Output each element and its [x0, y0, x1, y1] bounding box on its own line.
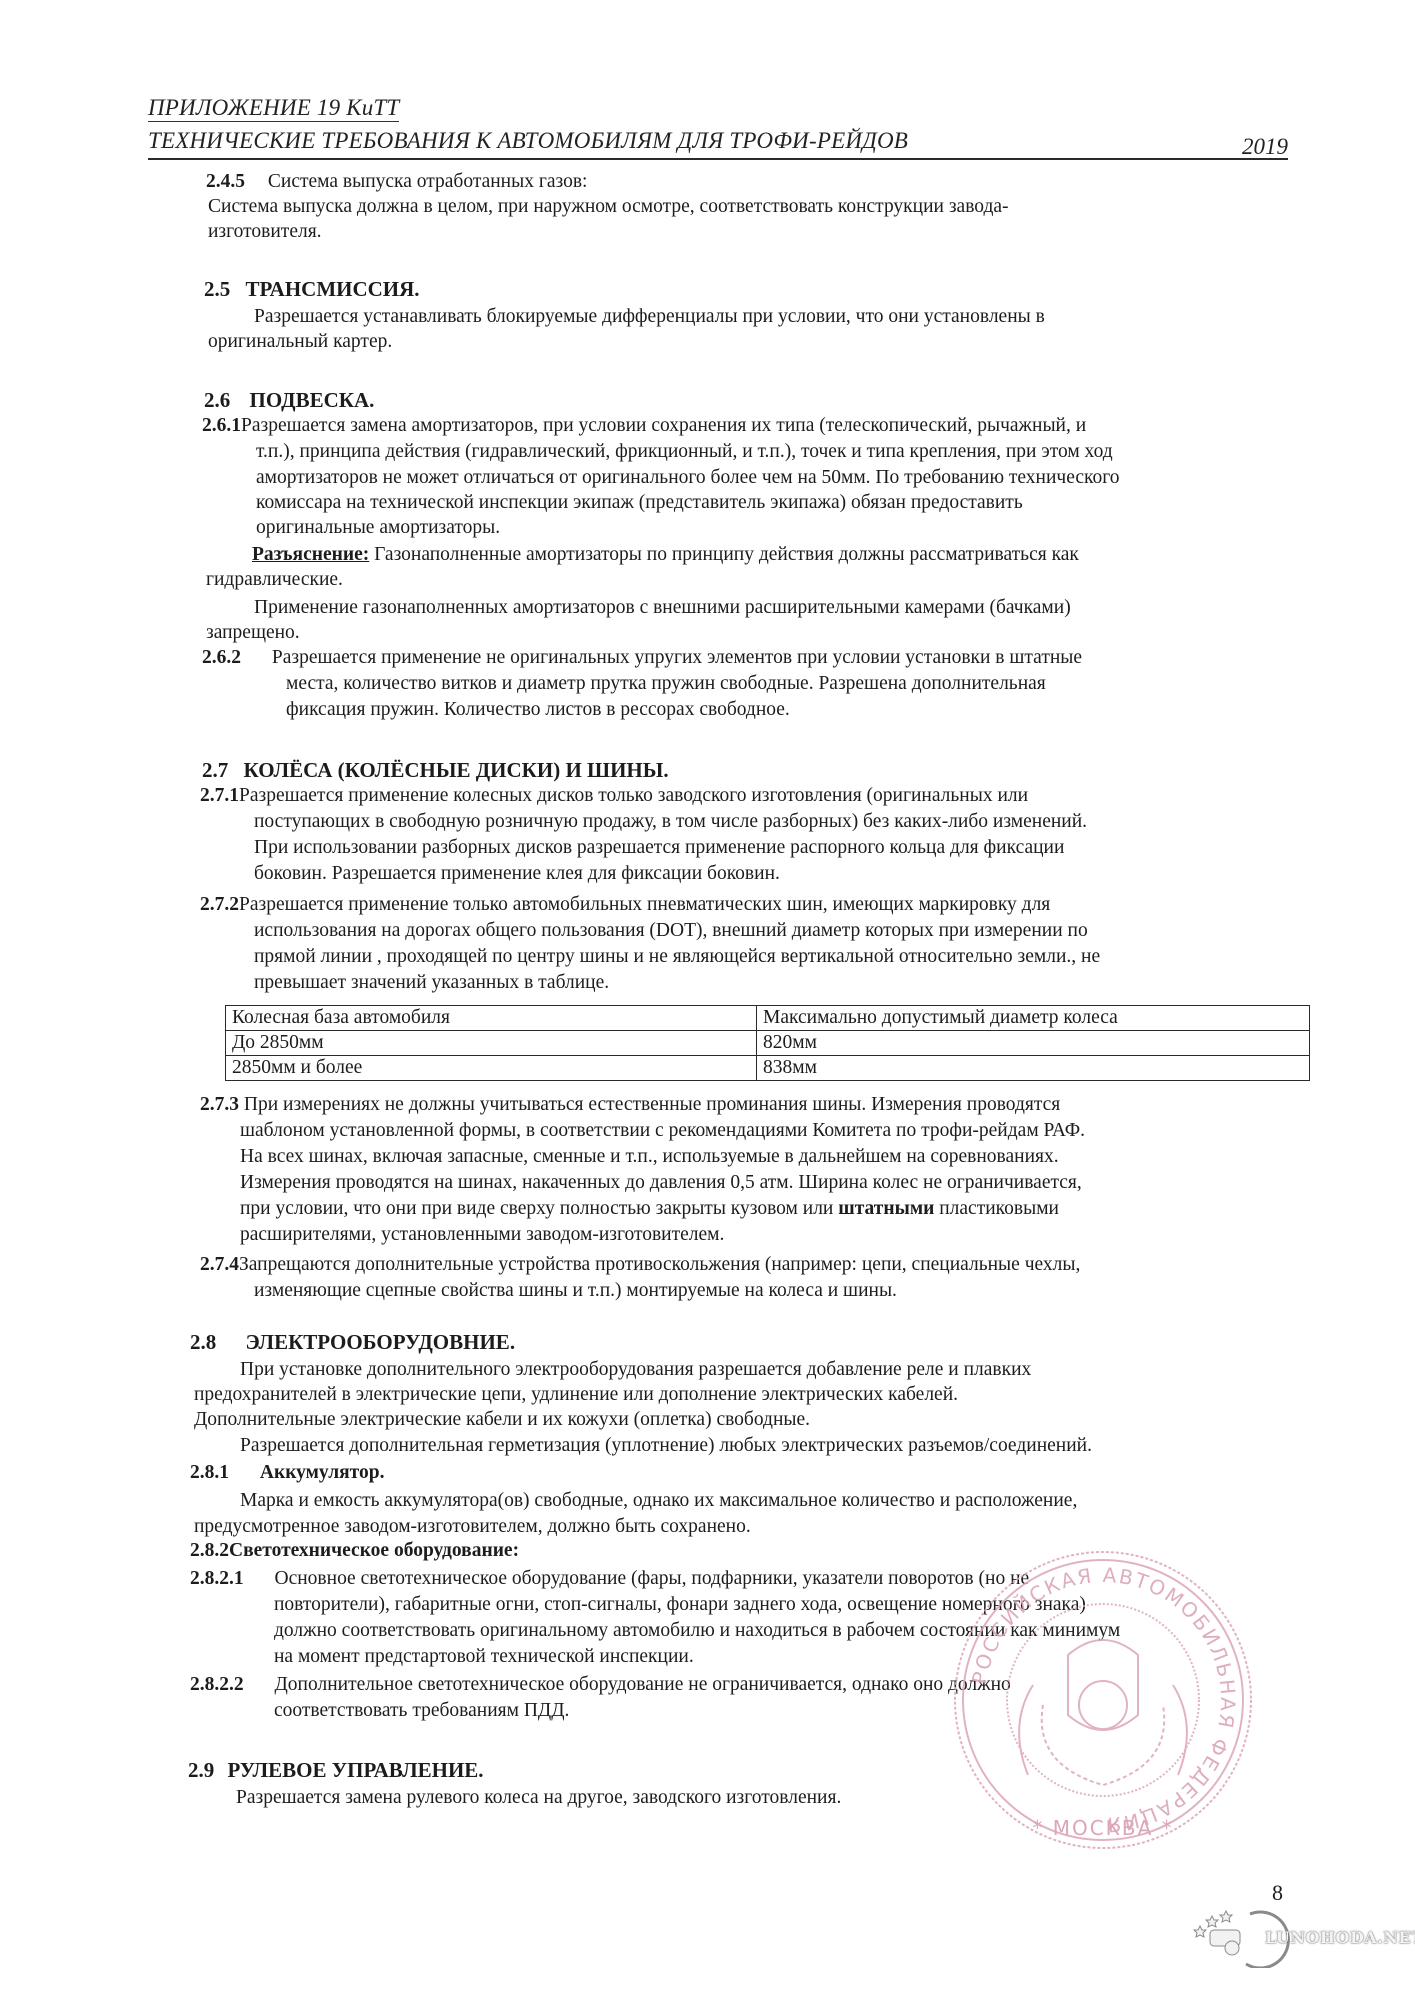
paragraph: Применение газонаполненных амортизаторов… [254, 596, 1071, 620]
paragraph: расширителями, установленными заводом-из… [240, 1223, 724, 1247]
section-number: 2.8.2.1 [190, 1568, 244, 1589]
paragraph: Основное светотехническое оборудование (… [275, 1568, 1030, 1589]
section-2-8-2-heading: 2.8.2Светотехническое оборудование: [190, 1539, 519, 1563]
section-2-7-3: 2.7.3 При измерениях не должны учитывать… [200, 1093, 1060, 1117]
clarification: Разъяснение: Газонаполненные амортизатор… [252, 543, 1079, 567]
paragraph: фиксация пружин. Количество листов в рес… [286, 698, 790, 722]
paragraph: Газонаполненные амортизаторы по принципу… [369, 544, 1079, 565]
table-cell: 2850мм и более [226, 1056, 757, 1081]
paragraph: амортизаторов не может отличаться от ори… [256, 466, 1120, 490]
paragraph: При установке дополнительного электрообо… [240, 1358, 1031, 1382]
section-number: 2.7.3 [200, 1094, 239, 1115]
section-title: КОЛЁСА (КОЛЁСНЫЕ ДИСКИ) И ШИНЫ. [244, 758, 669, 782]
paragraph: прямой линии , проходящей по центру шины… [254, 945, 1100, 969]
section-2-6-1: 2.6.1Разрешается замена амортизаторов, п… [202, 414, 1086, 438]
official-stamp-icon: РОССИЙСКАЯ АВТОМОБИЛЬНАЯ ФЕДЕРАЦИЯ * МОС… [948, 1545, 1258, 1855]
section-number: 2.6.1 [202, 415, 241, 436]
section-number: 2.7.4 [200, 1254, 239, 1275]
paragraph: боковин. Разрешается применение клея для… [254, 862, 780, 886]
paragraph: Разрешается замена рулевого колеса на др… [236, 1786, 841, 1810]
paragraph: изменяющие сцепные свойства шины и т.п.)… [254, 1279, 897, 1303]
section-number: 2.7 [202, 758, 228, 782]
header-year: 2019 [1242, 134, 1288, 160]
section-number: 2.6.2 [202, 647, 241, 668]
section-2-8-2-1: 2.8.2.1 Основное светотехническое оборуд… [190, 1567, 1029, 1591]
paragraph: запрещено. [206, 621, 300, 645]
document-page: ПРИЛОЖЕНИЕ 19 КиТТ ТЕХНИЧЕСКИЕ ТРЕБОВАНИ… [0, 0, 1415, 2000]
section-2-7-4: 2.7.4Запрещаются дополнительные устройст… [200, 1253, 1080, 1277]
paragraph: места, количество витков и диаметр прутк… [286, 672, 1046, 696]
paragraph: на момент предстартовой технической инсп… [274, 1645, 694, 1669]
section-2-8-2-2: 2.8.2.2 Дополнительное светотехническое … [190, 1673, 1011, 1697]
section-number: 2.7.1 [200, 785, 239, 806]
paragraph: комиссара на технической инспекции экипа… [256, 491, 1023, 515]
page-header: ПРИЛОЖЕНИЕ 19 КиТТ ТЕХНИЧЕСКИЕ ТРЕБОВАНИ… [148, 95, 1288, 160]
section-number: 2.9 [188, 1758, 214, 1782]
paragraph: т.п.), принципа действия (гидравлический… [256, 440, 1113, 464]
text: при условии, что они при виде сверху пол… [240, 1198, 838, 1219]
paragraph: Разрешается применение не оригинальных у… [272, 647, 1082, 668]
table-header-cell: Колесная база автомобиля [226, 1006, 757, 1031]
section-title: ПОДВЕСКА. [250, 388, 375, 412]
paragraph: Запрещаются дополнительные устройства пр… [239, 1254, 1080, 1275]
paragraph: Измерения проводятся на шинах, накаченны… [240, 1171, 1082, 1195]
section-number: 2.4.5 [206, 171, 245, 192]
table-header-row: Колесная база автомобиля Максимально доп… [226, 1006, 1310, 1031]
section-2-6-2: 2.6.2 Разрешается применение не оригинал… [202, 646, 1082, 670]
section-number: 2.7.2 [200, 894, 239, 915]
section-title: РУЛЕВОЕ УПРАВЛЕНИЕ. [228, 1758, 484, 1782]
header-appendix: ПРИЛОЖЕНИЕ 19 КиТТ [148, 95, 399, 122]
paragraph: оригинальные амортизаторы. [256, 516, 500, 540]
section-title: Светотехническое оборудование: [229, 1540, 519, 1561]
table-cell: 820мм [757, 1031, 1310, 1056]
paragraph: превышает значений указанных в таблице. [254, 971, 609, 995]
paragraph: шаблоном установленной формы, в соответс… [240, 1119, 1085, 1143]
paragraph: Разрешается устанавливать блокируемые ди… [254, 305, 1045, 329]
paragraph: Разрешается дополнительная герметизация … [240, 1434, 1092, 1458]
section-2-4-5-heading: 2.4.5 Система выпуска отработанных газов… [206, 170, 587, 194]
section-2-8-1-heading: 2.8.1 Аккумулятор. [190, 1461, 384, 1485]
paragraph: должно соответствовать оригинальному авт… [274, 1619, 1120, 1643]
section-2-7-1: 2.7.1Разрешается применение колесных дис… [200, 784, 1028, 808]
table-cell: 838мм [757, 1056, 1310, 1081]
paragraph: Разрешается замена амортизаторов, при ус… [241, 415, 1086, 436]
section-2-6-heading: 2.6 ПОДВЕСКА. [204, 388, 374, 412]
section-title: ТРАНСМИССИЯ. [246, 277, 420, 301]
paragraph: предусмотренное заводом-изготовителем, д… [194, 1515, 751, 1539]
table-row: До 2850мм 820мм [226, 1031, 1310, 1056]
section-title: Система выпуска отработанных газов: [268, 171, 588, 192]
section-title: Аккумулятор. [260, 1462, 385, 1483]
section-number: 2.6 [204, 388, 230, 412]
paragraph: Система выпуска должна в целом, при нару… [208, 195, 1009, 219]
paragraph: На всех шинах, включая запасные, сменные… [240, 1145, 1059, 1169]
wheel-diameter-table: Колесная база автомобиля Максимально доп… [225, 1005, 1310, 1081]
paragraph: гидравлические. [206, 568, 343, 592]
header-title: ТЕХНИЧЕСКИЕ ТРЕБОВАНИЯ К АВТОМОБИЛЯМ ДЛЯ… [148, 128, 908, 154]
paragraph: При использовании разборных дисков разре… [254, 836, 1064, 860]
paragraph: соответствовать требованиям ПДД. [274, 1699, 569, 1723]
section-2-7-2: 2.7.2Разрешается применение только автом… [200, 893, 1050, 917]
section-title: ЭЛЕКТРООБОРУДОВНИЕ. [246, 1330, 516, 1354]
section-2-9-heading: 2.9 РУЛЕВОЕ УПРАВЛЕНИЕ. [188, 1758, 484, 1782]
paragraph: использования на дорогах общего пользова… [254, 919, 1088, 943]
section-number: 2.5 [204, 277, 230, 301]
paragraph: Дополнительное светотехническое оборудов… [275, 1674, 1011, 1695]
paragraph: Разрешается применение колесных дисков т… [239, 785, 1028, 806]
watermark-text: LUNOHODA.NET [1265, 1928, 1415, 1947]
section-2-8-heading: 2.8 ЭЛЕКТРООБОРУДОВНИЕ. [190, 1330, 515, 1354]
paragraph: При измерениях не должны учитываться ест… [244, 1094, 1060, 1115]
paragraph: при условии, что они при виде сверху пол… [240, 1197, 1059, 1221]
text-bold: штатными [838, 1198, 934, 1219]
paragraph: изготовителя. [208, 220, 322, 244]
section-number: 2.8.2.2 [190, 1674, 244, 1695]
section-number: 2.8.1 [190, 1462, 229, 1483]
page-number: 8 [1272, 1880, 1283, 1906]
paragraph: Дополнительные электрические кабели и их… [194, 1408, 810, 1432]
paragraph: Марка и емкость аккумулятора(ов) свободн… [240, 1489, 1077, 1513]
table-row: 2850мм и более 838мм [226, 1056, 1310, 1081]
section-number: 2.8.2 [190, 1540, 229, 1561]
table-cell: До 2850мм [226, 1031, 757, 1056]
paragraph: поступающих в свободную розничную продаж… [254, 810, 1087, 834]
section-number: 2.8 [190, 1330, 216, 1354]
paragraph: оригинальный картер. [208, 330, 392, 354]
paragraph: Разрешается применение только автомобиль… [239, 894, 1050, 915]
section-2-7-heading: 2.7 КОЛЁСА (КОЛЁСНЫЕ ДИСКИ) И ШИНЫ. [202, 758, 669, 782]
stamp-city-text: * МОСКВА * [1032, 1816, 1173, 1840]
clarification-label: Разъяснение: [252, 544, 369, 565]
paragraph: предохранителей в электрические цепи, уд… [194, 1383, 958, 1407]
section-2-5-heading: 2.5 ТРАНСМИССИЯ. [204, 277, 420, 301]
text: пластиковыми [934, 1198, 1059, 1219]
table-header-cell: Максимально допустимый диаметр колеса [757, 1006, 1310, 1031]
paragraph: повторители), габаритные огни, стоп-сигн… [274, 1593, 1086, 1617]
